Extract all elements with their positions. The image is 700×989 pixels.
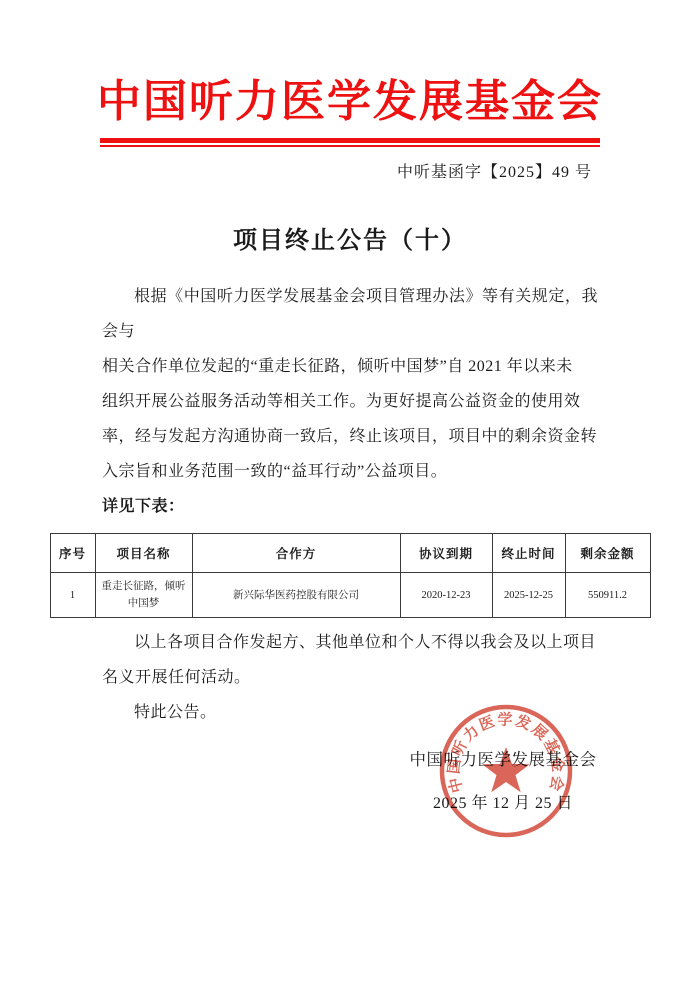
closing-line: 特此公告。 bbox=[102, 695, 598, 730]
cell-index: 1 bbox=[50, 573, 95, 618]
signature-block: 中国听力医学发展基金会 2025 年 12 月 25 日 bbox=[398, 748, 608, 816]
doc-reference-number: 中听基函字【2025】49 号 bbox=[0, 163, 592, 183]
col-header-termination-date: 终止时间 bbox=[492, 534, 565, 573]
cell-termination-date: 2025-12-25 bbox=[492, 573, 565, 618]
announcement-title: 项目终止公告（十） bbox=[0, 227, 700, 255]
col-header-partner: 合作方 bbox=[192, 534, 400, 573]
col-header-remaining-amount: 剩余金额 bbox=[565, 534, 650, 573]
table-intro: 详见下表： bbox=[102, 489, 598, 524]
paragraph-1: 根据《中国听力医学发展基金会项目管理办法》等有关规定，我会与 相关合作单位发起的… bbox=[102, 279, 598, 489]
col-header-index: 序号 bbox=[50, 534, 95, 573]
col-header-agreement-expiry: 协议到期 bbox=[400, 534, 492, 573]
letterhead-rule-thin bbox=[100, 145, 600, 147]
table-row: 1 重走长征路，倾听中国梦 新兴际华医药控股有限公司 2020-12-23 20… bbox=[50, 573, 650, 618]
signature-date: 2025 年 12 月 25 日 bbox=[398, 792, 608, 816]
cell-project-name: 重走长征路，倾听中国梦 bbox=[95, 573, 192, 618]
cell-partner: 新兴际华医药控股有限公司 bbox=[192, 573, 400, 618]
cell-agreement-expiry: 2020-12-23 bbox=[400, 573, 492, 618]
letterhead-rule bbox=[100, 138, 600, 147]
paragraph-2: 以上各项目合作发起方、其他单位和个人不得以我会及以上项目 名义开展任何活动。 bbox=[102, 625, 598, 695]
table-header-row: 序号 项目名称 合作方 协议到期 终止时间 剩余金额 bbox=[50, 534, 650, 573]
letterhead-org-name: 中国听力医学发展基金会 bbox=[0, 0, 700, 130]
cell-remaining-amount: 550911.2 bbox=[565, 573, 650, 618]
document-page: 中国听力医学发展基金会 中听基函字【2025】49 号 项目终止公告（十） 根据… bbox=[0, 0, 700, 989]
projects-table: 序号 项目名称 合作方 协议到期 终止时间 剩余金额 1 重走长征路，倾听中国梦… bbox=[50, 533, 651, 618]
signature-org-name: 中国听力医学发展基金会 bbox=[398, 748, 608, 772]
col-header-project-name: 项目名称 bbox=[95, 534, 192, 573]
